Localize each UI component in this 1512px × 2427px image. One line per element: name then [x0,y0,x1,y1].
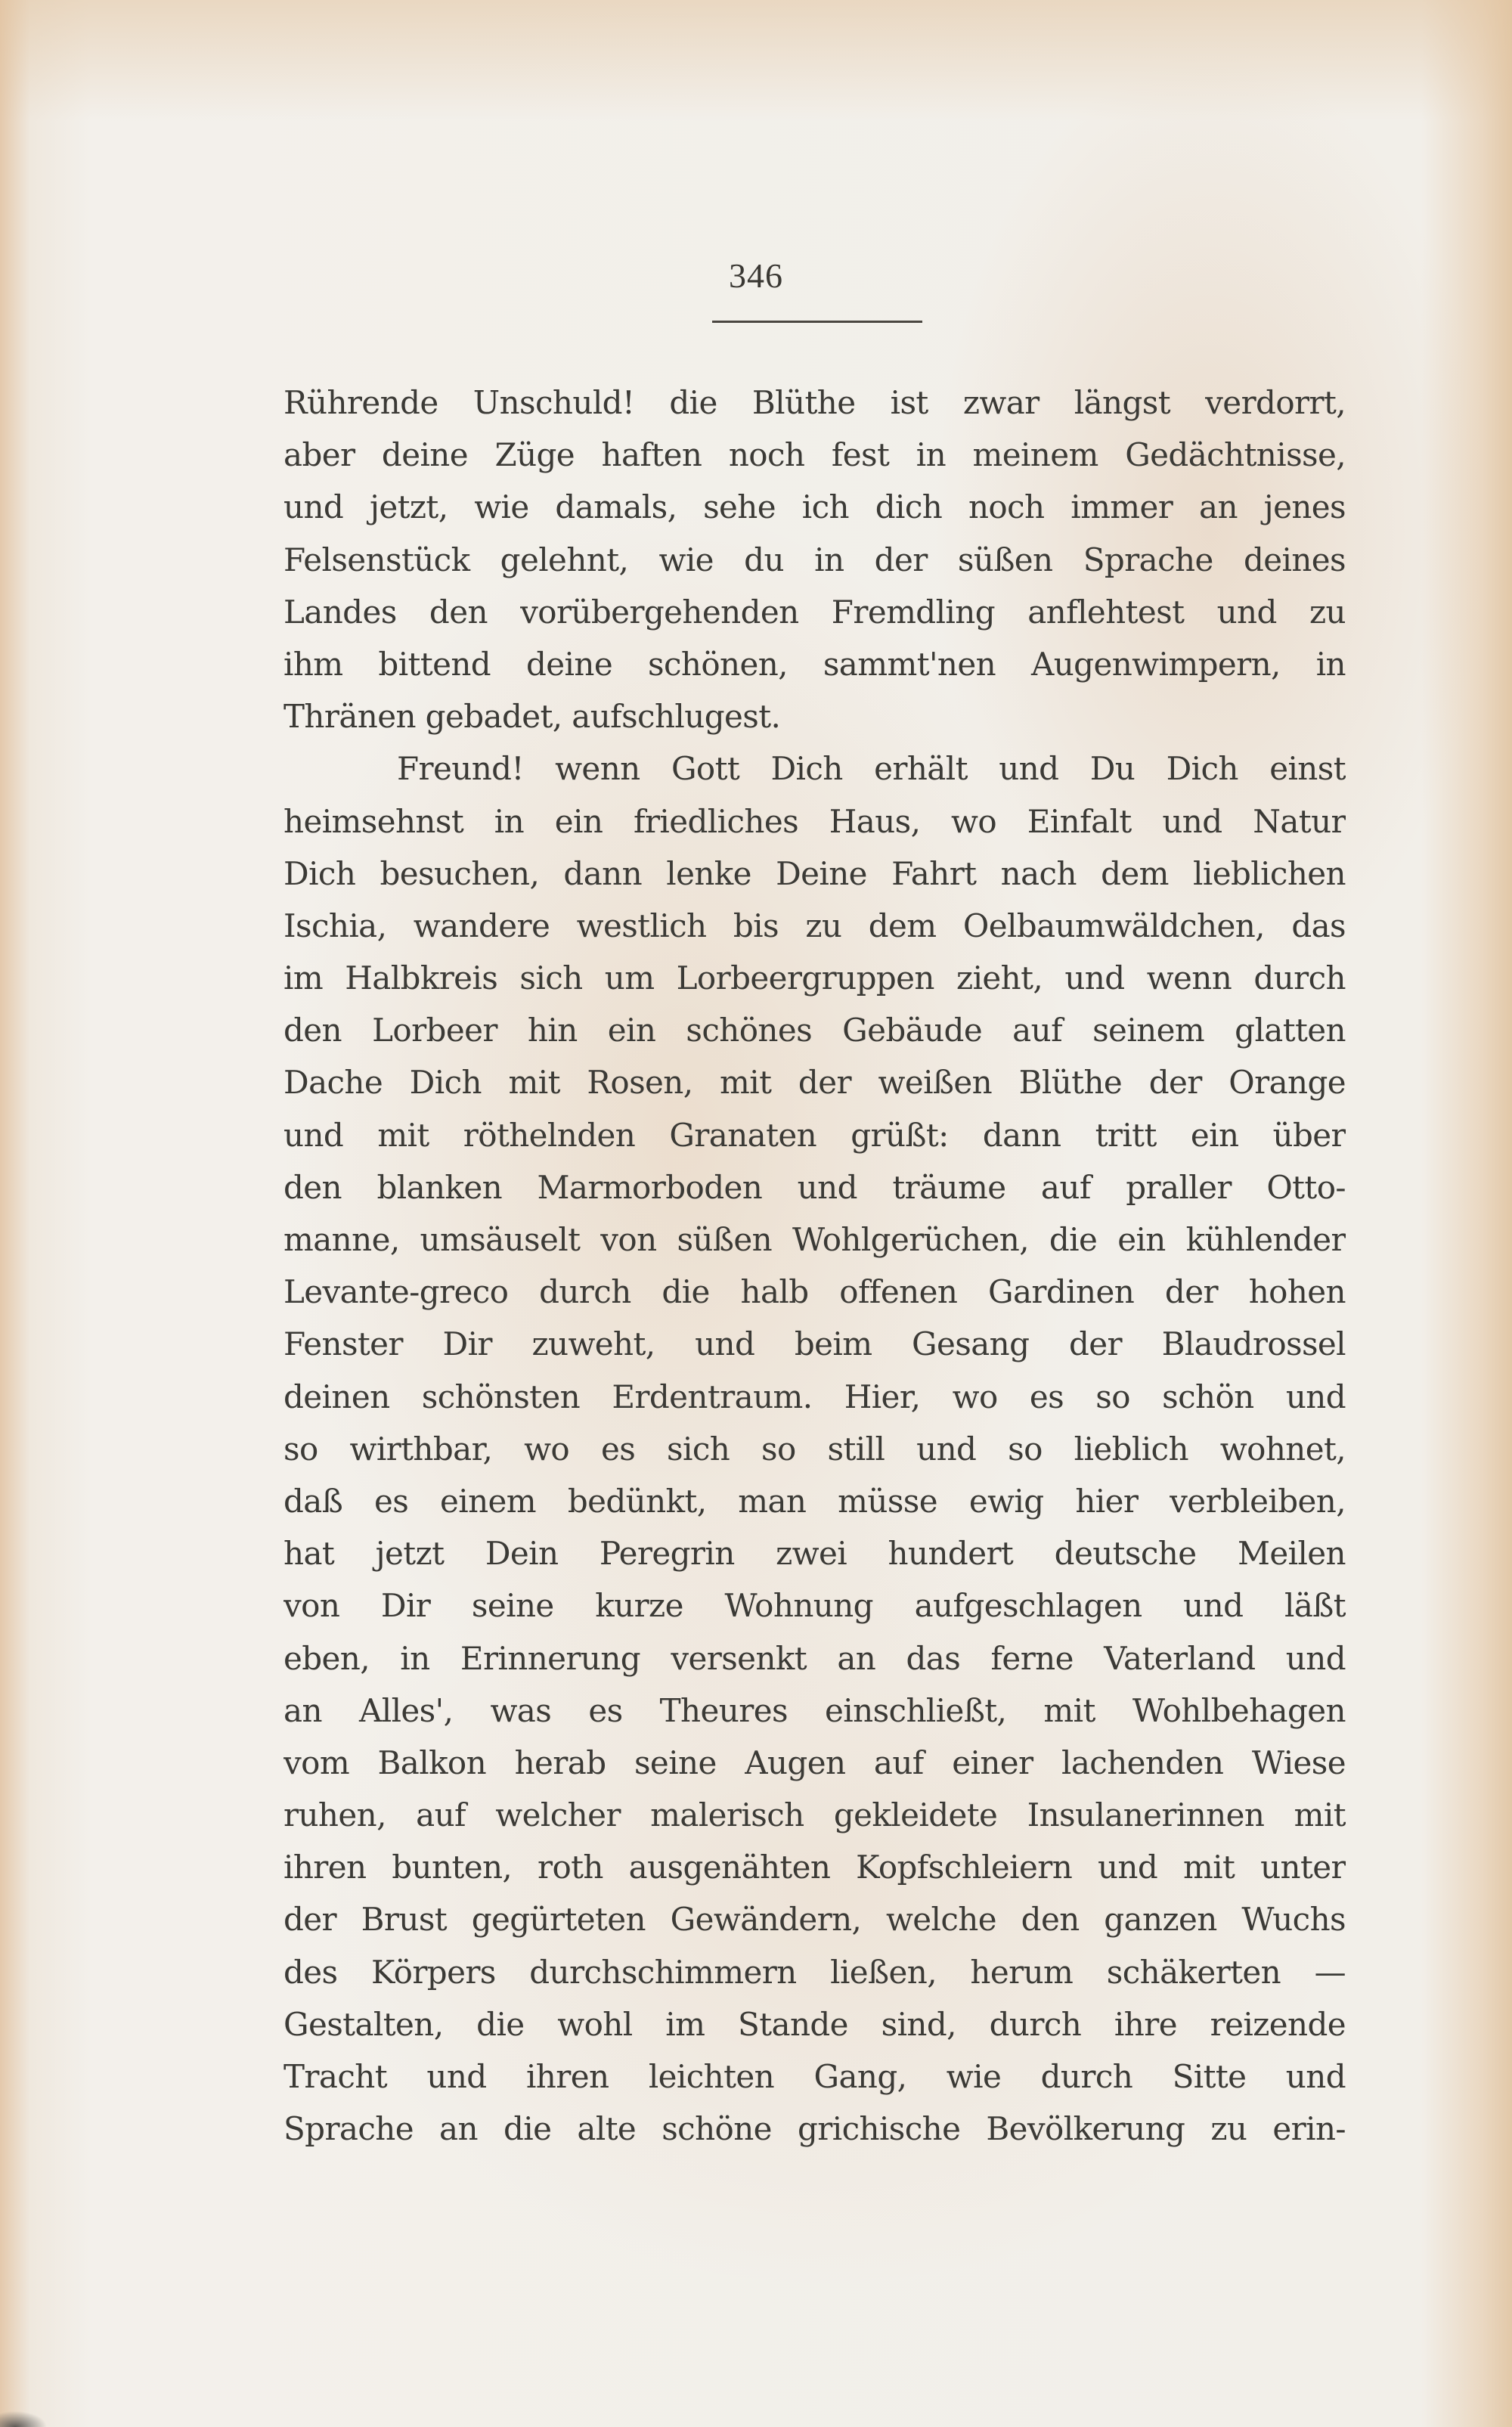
text-line: den blanken Marmorboden und träume auf p… [283,1161,1346,1213]
text-line: Rührende Unschuld! die Blüthe ist zwar l… [283,377,1346,429]
text-line: an Alles', was es Theures einschließt, m… [283,1685,1346,1737]
book-page: 346 Rührende Unschuld! die Blüthe ist zw… [0,0,1512,2427]
paper-stain [0,0,1512,121]
text-line: von Dir seine kurze Wohnung aufgeschlage… [283,1579,1346,1632]
text-line: Levante-greco durch die halb offenen Gar… [283,1266,1346,1318]
text-line: deinen schönsten Erdentraum. Hier, wo es… [283,1371,1346,1423]
text-line: heimsehnst in ein friedliches Haus, wo E… [283,795,1346,848]
text-line: Sprache an die alte schöne grichische Be… [283,2103,1346,2155]
paragraph-start-line: Freund! wenn Gott Dich erhält und Du Dic… [283,742,1346,795]
scan-edge-shadow [0,2397,60,2427]
text-line: manne, umsäuselt von süßen Wohlgerüchen,… [283,1213,1346,1266]
text-line: der Brust gegürteten Gewändern, welche d… [283,1893,1346,1945]
text-line: und jetzt, wie damals, sehe ich dich noc… [283,481,1346,533]
text-line: den Lorbeer hin ein schönes Gebäude auf … [283,1004,1346,1056]
text-line: Ischia, wandere westlich bis zu dem Oelb… [283,900,1346,952]
text-line: Felsenstück gelehnt, wie du in der süßen… [283,534,1346,586]
text-line: daß es einem bedünkt, man müsse ewig hie… [283,1475,1346,1527]
text-line: so wirthbar, wo es sich so still und so … [283,1423,1346,1475]
page-number: 346 [0,256,1512,296]
text-line: des Körpers durchschimmern ließen, herum… [283,1946,1346,1998]
text-line: aber deine Züge haften noch fest in mein… [283,429,1346,481]
text-line: Landes den vorübergehenden Fremdling anf… [283,586,1346,638]
text-line: im Halbkreis sich um Lorbeergruppen zieh… [283,952,1346,1004]
text-line: Dich besuchen, dann lenke Deine Fahrt na… [283,848,1346,900]
text-line: ihm bittend deine schönen, sammt'nen Aug… [283,638,1346,690]
text-line: Gestalten, die wohl im Stande sind, durc… [283,1998,1346,2050]
header-rule [712,321,922,323]
body-text: Rührende Unschuld! die Blüthe ist zwar l… [283,377,1346,2155]
text-line: eben, in Erinnerung versenkt an das fern… [283,1632,1346,1685]
text-line: ihren bunten, roth ausgenähten Kopfschle… [283,1841,1346,1893]
text-line: Tracht und ihren leichten Gang, wie durc… [283,2050,1346,2103]
text-line: vom Balkon herab seine Augen auf einer l… [283,1737,1346,1789]
text-line: und mit röthelnden Granaten grüßt: dann … [283,1109,1346,1161]
text-line: Dache Dich mit Rosen, mit der weißen Blü… [283,1056,1346,1108]
text-line: ruhen, auf welcher malerisch gekleidete … [283,1789,1346,1841]
paragraph-end-line: Thränen gebadet, aufschlugest. [283,690,1346,742]
text-line: Fenster Dir zuweht, und beim Gesang der … [283,1318,1346,1370]
text-line: hat jetzt Dein Peregrin zwei hundert deu… [283,1527,1346,1579]
